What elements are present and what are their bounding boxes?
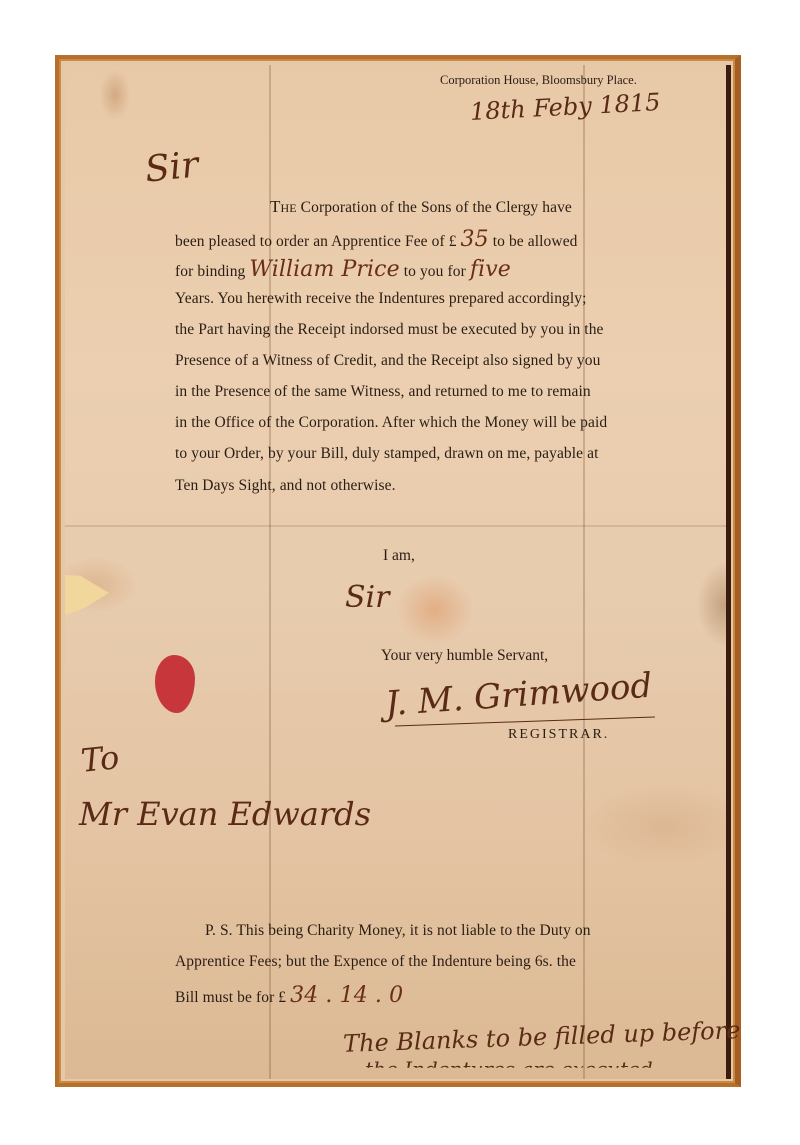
body-line: been pleased to order an Apprentice Fee …: [175, 227, 578, 252]
fold-line: [65, 525, 731, 527]
header-date: 18th Feby 1815: [469, 88, 661, 126]
term-years: five: [470, 257, 511, 282]
closing-sir: Sir: [345, 580, 390, 615]
postscript-line: Bill must be for £ 34 . 14 . 0: [175, 983, 403, 1008]
body-line: in the Presence of the same Witness, and…: [175, 383, 591, 401]
body-line: the Part having the Receipt indorsed mus…: [175, 321, 604, 339]
salutation: Sir: [143, 144, 200, 190]
bill-amount: 34 . 14 . 0: [290, 983, 403, 1008]
recipient-name: Mr Evan Edwards: [79, 795, 371, 833]
signature: J. M. Grimwood: [384, 666, 654, 725]
body-line: to your Order, by your Bill, duly stampe…: [175, 445, 599, 463]
apprentice-name: William Price: [249, 257, 399, 282]
handwritten-note: The Blanks to be filled up before: [343, 1016, 741, 1058]
body-line: in the Office of the Corporation. After …: [175, 414, 607, 432]
closing-i-am: I am,: [383, 547, 415, 565]
fee-amount: 35: [461, 227, 489, 252]
paper-edge-shadow: [726, 65, 731, 1079]
signer-title: REGISTRAR.: [508, 727, 609, 743]
closing-servant: Your very humble Servant,: [381, 647, 548, 665]
body-line: for binding William Price to you for fiv…: [175, 257, 511, 282]
recipient-to: To: [79, 738, 121, 780]
postscript-line: Apprentice Fees; but the Expence of the …: [175, 953, 576, 971]
body-line: Ten Days Sight, and not otherwise.: [175, 477, 396, 495]
postscript-line: P. S. This being Charity Money, it is no…: [205, 922, 591, 940]
torn-corner: [65, 575, 109, 615]
body-line: The Corporation of the Sons of the Clerg…: [270, 197, 572, 217]
handwritten-note-cutoff: the Indentures are executed: [365, 1057, 653, 1081]
header-address: Corporation House, Bloomsbury Place.: [440, 73, 637, 88]
body-line: Presence of a Witness of Credit, and the…: [175, 352, 600, 370]
letter-frame: Corporation House, Bloomsbury Place. 18t…: [55, 55, 741, 1087]
letter-paper: Corporation House, Bloomsbury Place. 18t…: [65, 65, 731, 1079]
wax-seal: [155, 655, 195, 713]
body-line: Years. You herewith receive the Indentur…: [175, 290, 587, 308]
